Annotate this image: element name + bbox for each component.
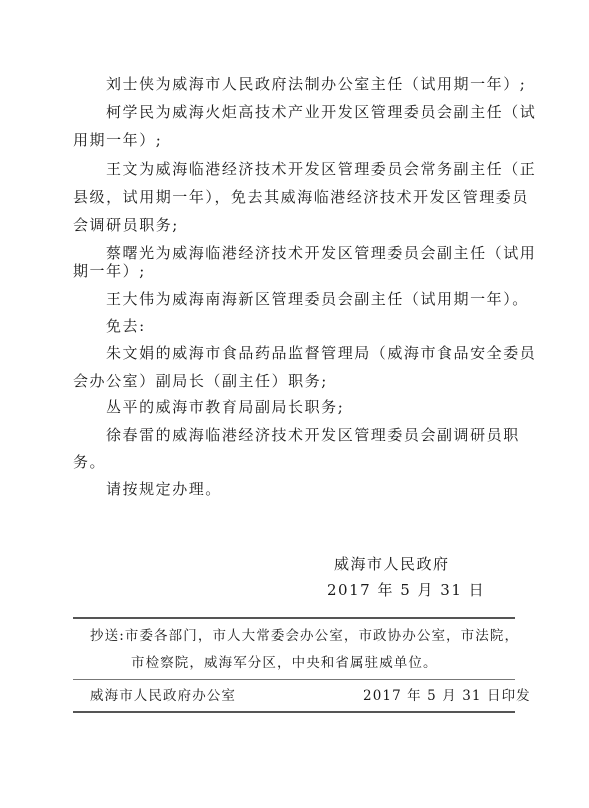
- print-date: 2017 年 5 月 31 日印发: [363, 687, 531, 705]
- body-line-7: 蔡曙光为威海临港经济技术开发区管理委员会副主任（试用: [106, 243, 536, 263]
- body-line-4: 王文为威海临港经济技术开发区管理委员会常务副主任（正: [106, 159, 536, 179]
- issue-date: 2017 年 5 月 31 日: [327, 580, 485, 600]
- body-line-12: 会办公室）副局长（副主任）职务;: [73, 371, 328, 391]
- body-line-2: 柯学民为威海火炬高技术产业开发区管理委员会副主任（试: [106, 102, 536, 122]
- body-line-8: 期一年）;: [73, 261, 146, 281]
- footer-bottom-rule: [73, 711, 515, 713]
- body-line-16: 请按规定办理。: [106, 479, 222, 499]
- document-page: 刘士侠为威海市人民政府法制办公室主任（试用期一年）; 柯学民为威海火炬高技术产业…: [0, 0, 589, 808]
- body-line-9: 王大伟为威海南海新区管理委员会副主任（试用期一年）。: [106, 289, 529, 309]
- body-line-10: 免去:: [106, 316, 146, 336]
- issuing-office: 威海市人民政府办公室: [90, 687, 236, 705]
- issuer-signature: 威海市人民政府: [334, 554, 450, 574]
- body-line-15: 务。: [73, 452, 106, 472]
- body-line-1: 刘士侠为威海市人民政府法制办公室主任（试用期一年）;: [106, 74, 526, 94]
- body-line-3: 用期一年）;: [73, 130, 162, 150]
- body-line-6: 会调研员职务;: [73, 215, 179, 235]
- cc-label: 抄送:: [90, 628, 125, 644]
- body-line-5: 县级，试用期一年），免去其威海临港经济技术开发区管理委员: [73, 187, 529, 207]
- body-line-13: 丛平的威海市教育局副局长职务;: [106, 397, 344, 417]
- body-line-11: 朱文娟的威海市食品药品监督管理局（威海市食品安全委员: [106, 343, 536, 363]
- cc-line-1: 抄送:市委各部门，市人大常委会办公室，市政协办公室，市法院，: [90, 627, 519, 645]
- body-line-14: 徐春雷的威海临港经济技术开发区管理委员会副调研员职: [106, 425, 520, 445]
- footer-top-rule: [73, 617, 515, 619]
- footer-middle-rule: [73, 679, 515, 680]
- cc-line-2: 市检察院，威海军分区，中央和省属驻威单位。: [131, 654, 438, 672]
- cc-recipients-1: 市委各部门，市人大常委会办公室，市政协办公室，市法院，: [125, 628, 519, 644]
